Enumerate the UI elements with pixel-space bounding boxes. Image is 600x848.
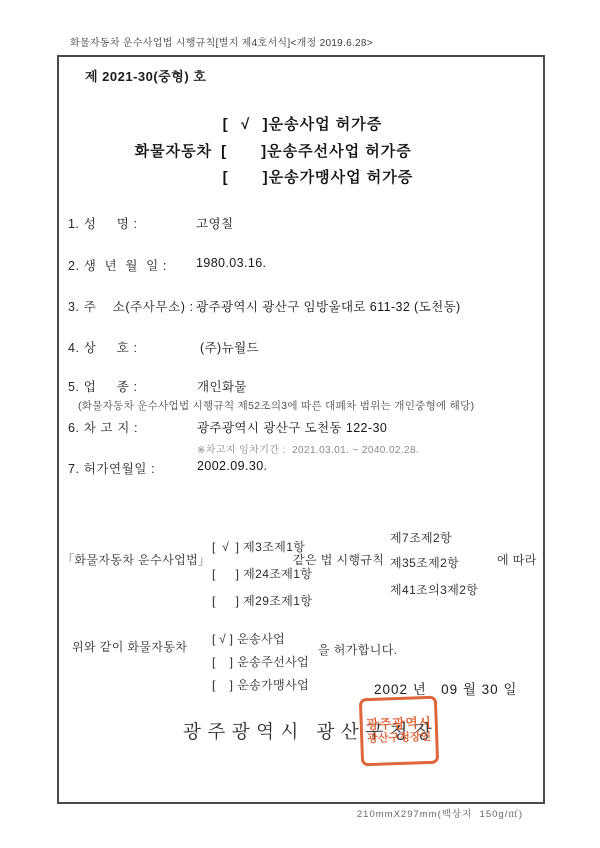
- field-company-value: (주)뉴월드: [200, 338, 259, 356]
- form-reference-note: 화물자동차 운수사업법 시행규칙[별지 제4호서식]<개정 2019.6.28>: [70, 34, 373, 49]
- enforcement-rule-text: 같은 법 시행규칙: [293, 551, 384, 568]
- rule-clause-35: 제35조제2항: [390, 554, 459, 571]
- title-franchise-label: 운송가맹사업 허가증: [269, 169, 414, 186]
- clause-article29: 제29조제1항: [243, 594, 312, 608]
- rule-clause-7: 제7조제2항: [390, 529, 452, 546]
- paper-spec-note: 210mmX297mm(백상지 150g/㎡): [333, 806, 523, 820]
- field-garage-label: 6. 차 고 지 :: [68, 418, 138, 436]
- field-garage-value: 광주광역시 광산구 도천동 122-30: [197, 418, 387, 436]
- official-seal-stamp: 광주광역시 광산구청장인: [359, 696, 439, 767]
- field-birthdate-label: 2. 생 년 월 일 :: [68, 256, 167, 274]
- grant-franchise-label: 운송가맹사업: [237, 678, 309, 692]
- grant-row-franchise: [] 운송가맹사업: [197, 662, 309, 707]
- title-row-franchise: []운송가맹사업 허가증: [202, 149, 413, 204]
- field-birthdate-value: 1980.03.16.: [196, 256, 266, 270]
- title-prefix: 화물자동차: [135, 143, 212, 160]
- law-name: 「화물자동차 운수사업법」: [62, 551, 210, 568]
- grant-prefix: 위와 같이 화물자동차: [72, 638, 187, 655]
- bracket-open: [: [223, 169, 229, 186]
- field-address-value: 광주광역시 광산구 임방울대로 611-32 (도천동): [196, 297, 461, 315]
- field-permit-date-label: 7. 허가연월일 :: [68, 459, 155, 477]
- field-business-type-note: (화물자동차 운수사업법 시행규칙 제52조의3에 따른 대폐차 범위는 개인중…: [78, 398, 474, 413]
- field-company-label: 4. 상 호 :: [68, 338, 138, 356]
- field-business-type-value: 개인화물: [197, 377, 247, 395]
- rule-clause-41: 제41조의3제2항: [390, 581, 478, 598]
- field-name-value: 고영칠: [196, 214, 233, 232]
- field-address-label: 3. 주 소(주사무소) :: [68, 297, 194, 315]
- bracket-close: ]: [236, 594, 240, 608]
- field-business-type-label: 5. 업 종 :: [68, 377, 138, 395]
- bracket-close: ]: [230, 678, 234, 692]
- issue-date: 2002 년 09 월 30 일: [374, 678, 517, 698]
- bracket-open: [: [212, 594, 216, 608]
- field-garage-lease-note: ※차고지 임차기간 : 2021.03.01. ~ 2040.02.28.: [197, 441, 419, 456]
- field-permit-date-value: 2002.09.30.: [197, 459, 267, 473]
- legal-suffix: 에 따라: [497, 551, 537, 568]
- field-name-label: 1. 성 명 :: [68, 214, 138, 232]
- grant-suffix: 을 허가합니다.: [318, 641, 397, 658]
- permit-document-page: 화물자동차 운수사업법 시행규칙[별지 제4호서식]<개정 2019.6.28>…: [0, 0, 600, 848]
- document-number: 제 2021-30(중형) 호: [85, 66, 206, 85]
- seal-text-line2: 광산구청장인: [367, 731, 431, 746]
- bracket-open: [: [212, 678, 216, 692]
